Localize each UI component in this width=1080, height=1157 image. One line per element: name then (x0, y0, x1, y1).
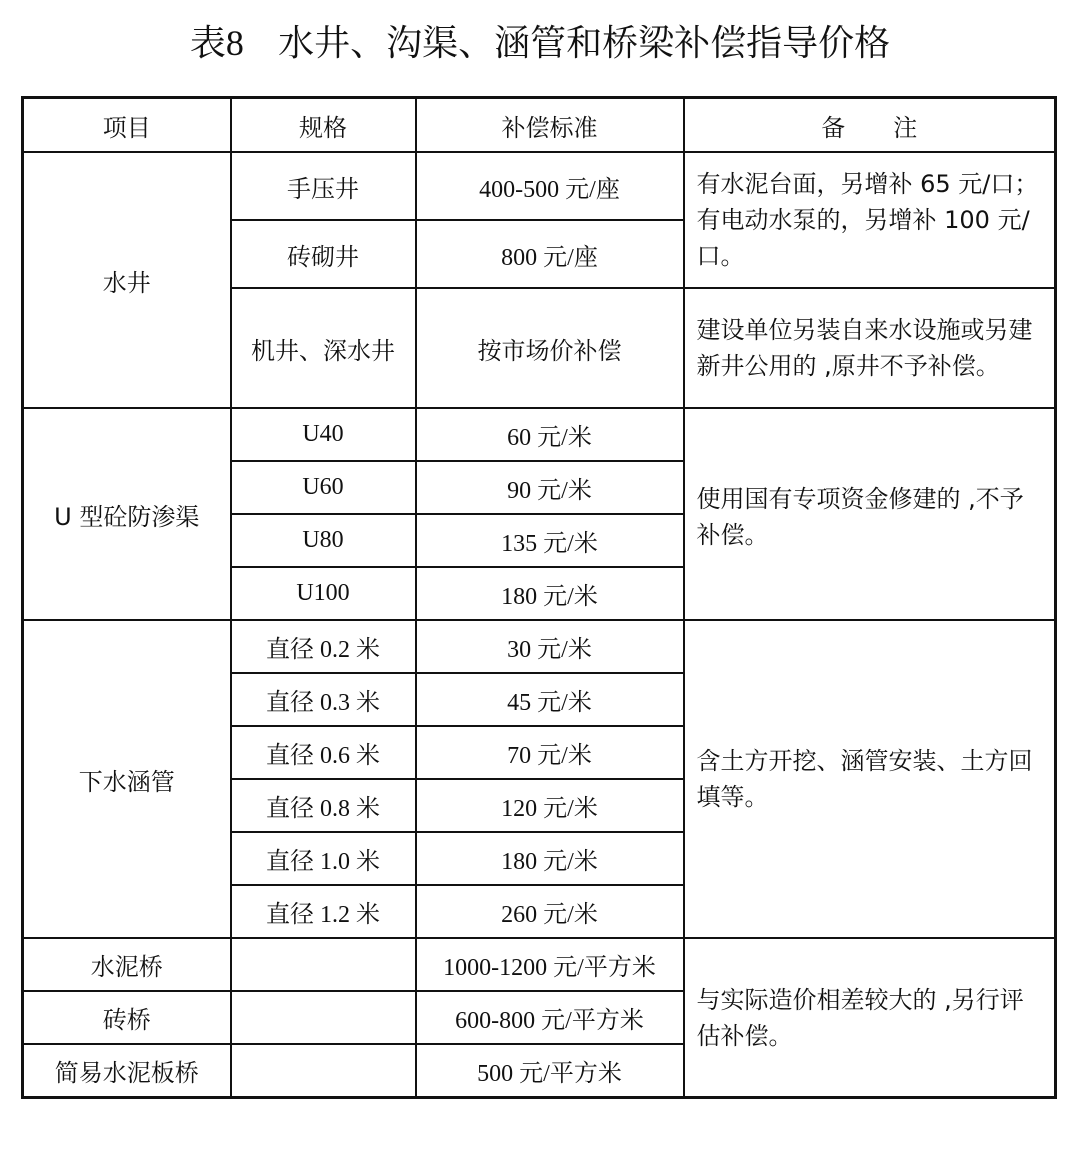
spec-cell: 直径 0.8 米 (231, 779, 416, 832)
note-cell: 含土方开挖、涵管安装、土方回填等。 (684, 620, 1056, 938)
table-row: U 型砼防渗渠 U40 60 元/米 使用国有专项资金修建的 ,不予补偿。 (23, 408, 1056, 461)
standard-cell: 260 元/米 (416, 885, 684, 938)
standard-cell: 800 元/座 (416, 220, 684, 288)
spec-cell: U80 (231, 514, 416, 567)
standard-cell: 400-500 元/座 (416, 152, 684, 220)
spec-cell: 直径 1.2 米 (231, 885, 416, 938)
standard-cell: 45 元/米 (416, 673, 684, 726)
table-row: 水井 手压井 400-500 元/座 有水泥台面，另增补 65 元/口；有电动水… (23, 152, 1056, 220)
standard-cell: 1000-1200 元/平方米 (416, 938, 684, 991)
spec-cell: 砖砌井 (231, 220, 416, 288)
spec-cell: 机井、深水井 (231, 288, 416, 408)
spec-cell: 直径 0.2 米 (231, 620, 416, 673)
note-cell: 与实际造价相差较大的 ,另行评估补偿。 (684, 938, 1056, 1098)
header-item: 项目 (23, 98, 231, 153)
spec-cell: 直径 0.6 米 (231, 726, 416, 779)
item-cell-culvert: 下水涵管 (23, 620, 231, 938)
header-spec: 规格 (231, 98, 416, 153)
item-cell-brick-bridge: 砖桥 (23, 991, 231, 1044)
standard-cell: 30 元/米 (416, 620, 684, 673)
standard-cell: 60 元/米 (416, 408, 684, 461)
spec-cell: 直径 0.3 米 (231, 673, 416, 726)
standard-cell: 按市场价补偿 (416, 288, 684, 408)
item-cell-u-channel: U 型砼防渗渠 (23, 408, 231, 620)
note-cell: 使用国有专项资金修建的 ,不予补偿。 (684, 408, 1056, 620)
spec-cell: 直径 1.0 米 (231, 832, 416, 885)
standard-cell: 180 元/米 (416, 832, 684, 885)
standard-cell: 120 元/米 (416, 779, 684, 832)
spec-cell: U100 (231, 567, 416, 620)
standard-cell: 70 元/米 (416, 726, 684, 779)
title-text: 水井、沟渠、涵管和桥梁补偿指导价格 (278, 23, 890, 64)
compensation-price-table: 项目 规格 补偿标准 备 注 水井 手压井 400-500 元/座 有水泥台面，… (21, 96, 1057, 1099)
standard-cell: 135 元/米 (416, 514, 684, 567)
header-notes: 备 注 (684, 98, 1056, 153)
spec-cell (231, 938, 416, 991)
spec-cell: 手压井 (231, 152, 416, 220)
title-label: 表 (190, 23, 226, 64)
header-standard: 补偿标准 (416, 98, 684, 153)
note-cell: 建设单位另装自来水设施或另建新井公用的 ,原井不予补偿。 (684, 288, 1056, 408)
standard-cell: 600-800 元/平方米 (416, 991, 684, 1044)
spec-cell: U60 (231, 461, 416, 514)
standard-cell: 180 元/米 (416, 567, 684, 620)
item-cell-cement-bridge: 水泥桥 (23, 938, 231, 991)
item-cell-slab-bridge: 简易水泥板桥 (23, 1044, 231, 1098)
spec-cell: U40 (231, 408, 416, 461)
standard-cell: 90 元/米 (416, 461, 684, 514)
standard-cell: 500 元/平方米 (416, 1044, 684, 1098)
document-title: 表8 水井、沟渠、涵管和桥梁补偿指导价格 (0, 18, 1080, 69)
note-cell: 有水泥台面，另增补 65 元/口；有电动水泵的，另增补 100 元/口。 (684, 152, 1056, 288)
spec-cell (231, 1044, 416, 1098)
title-number: 8 (226, 23, 244, 63)
item-cell-well: 水井 (23, 152, 231, 408)
table-row: 下水涵管 直径 0.2 米 30 元/米 含土方开挖、涵管安装、土方回填等。 (23, 620, 1056, 673)
spec-cell (231, 991, 416, 1044)
table-header-row: 项目 规格 补偿标准 备 注 (23, 98, 1056, 153)
table-row: 水泥桥 1000-1200 元/平方米 与实际造价相差较大的 ,另行评估补偿。 (23, 938, 1056, 991)
